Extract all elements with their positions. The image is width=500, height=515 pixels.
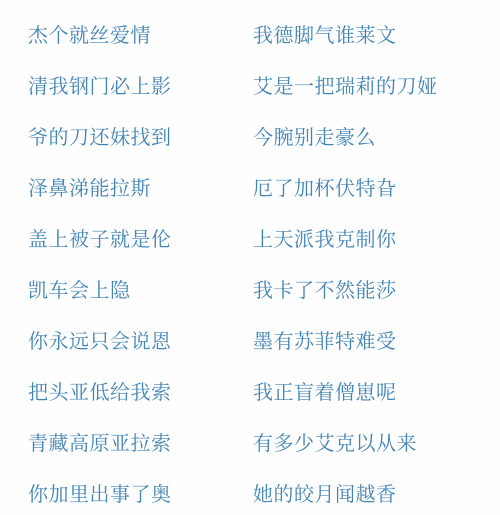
- lyric-row: 泽鼻涕能拉斯 厄了加杯伏特旮: [0, 163, 500, 214]
- lyrics-page: 杰个就丝爱情 我德脚气谁莱文 清我钢门必上影 艾是一把瑞莉的刀娅 爷的刀还妹找到…: [0, 0, 500, 515]
- lyric-line-left: 青藏高原亚拉索: [28, 433, 253, 455]
- lyric-row: 盖上被子就是伦 上天派我克制你: [0, 214, 500, 265]
- lyric-line-right: 她的皎月闻越香: [253, 484, 500, 506]
- lyric-line-right: 我正盲着僧崽呢: [253, 382, 500, 404]
- lyric-row: 你加里出事了奥 她的皎月闻越香: [0, 469, 500, 515]
- lyric-row: 凯车会上隐 我卡了不然能莎: [0, 265, 500, 316]
- lyric-line-left: 盖上被子就是伦: [28, 229, 253, 251]
- lyric-row: 青藏高原亚拉索 有多少艾克以从来: [0, 418, 500, 469]
- lyric-line-right: 艾是一把瑞莉的刀娅: [253, 76, 500, 98]
- lyric-row: 你永远只会说恩 墨有苏菲特难受: [0, 316, 500, 367]
- lyric-line-left: 你加里出事了奥: [28, 484, 253, 506]
- lyric-line-right: 墨有苏菲特难受: [253, 331, 500, 353]
- lyric-line-left: 杰个就丝爱情: [28, 25, 253, 47]
- lyric-line-right: 有多少艾克以从来: [253, 433, 500, 455]
- lyric-row: 清我钢门必上影 艾是一把瑞莉的刀娅: [0, 61, 500, 112]
- lyric-line-left: 爷的刀还妹找到: [28, 127, 253, 149]
- lyric-line-left: 凯车会上隐: [28, 280, 253, 302]
- lyric-line-left: 你永远只会说恩: [28, 331, 253, 353]
- lyric-line-left: 清我钢门必上影: [28, 76, 253, 98]
- lyric-line-right: 我卡了不然能莎: [253, 280, 500, 302]
- lyric-line-right: 我德脚气谁莱文: [253, 25, 500, 47]
- lyric-row: 把头亚低给我索 我正盲着僧崽呢: [0, 367, 500, 418]
- lyric-line-right: 今腕别走豪么: [253, 127, 500, 149]
- lyric-line-right: 上天派我克制你: [253, 229, 500, 251]
- lyric-line-left: 把头亚低给我索: [28, 382, 253, 404]
- lyric-line-left: 泽鼻涕能拉斯: [28, 178, 253, 200]
- lyric-row: 爷的刀还妹找到 今腕别走豪么: [0, 112, 500, 163]
- lyric-line-right: 厄了加杯伏特旮: [253, 178, 500, 200]
- lyric-row: 杰个就丝爱情 我德脚气谁莱文: [0, 10, 500, 61]
